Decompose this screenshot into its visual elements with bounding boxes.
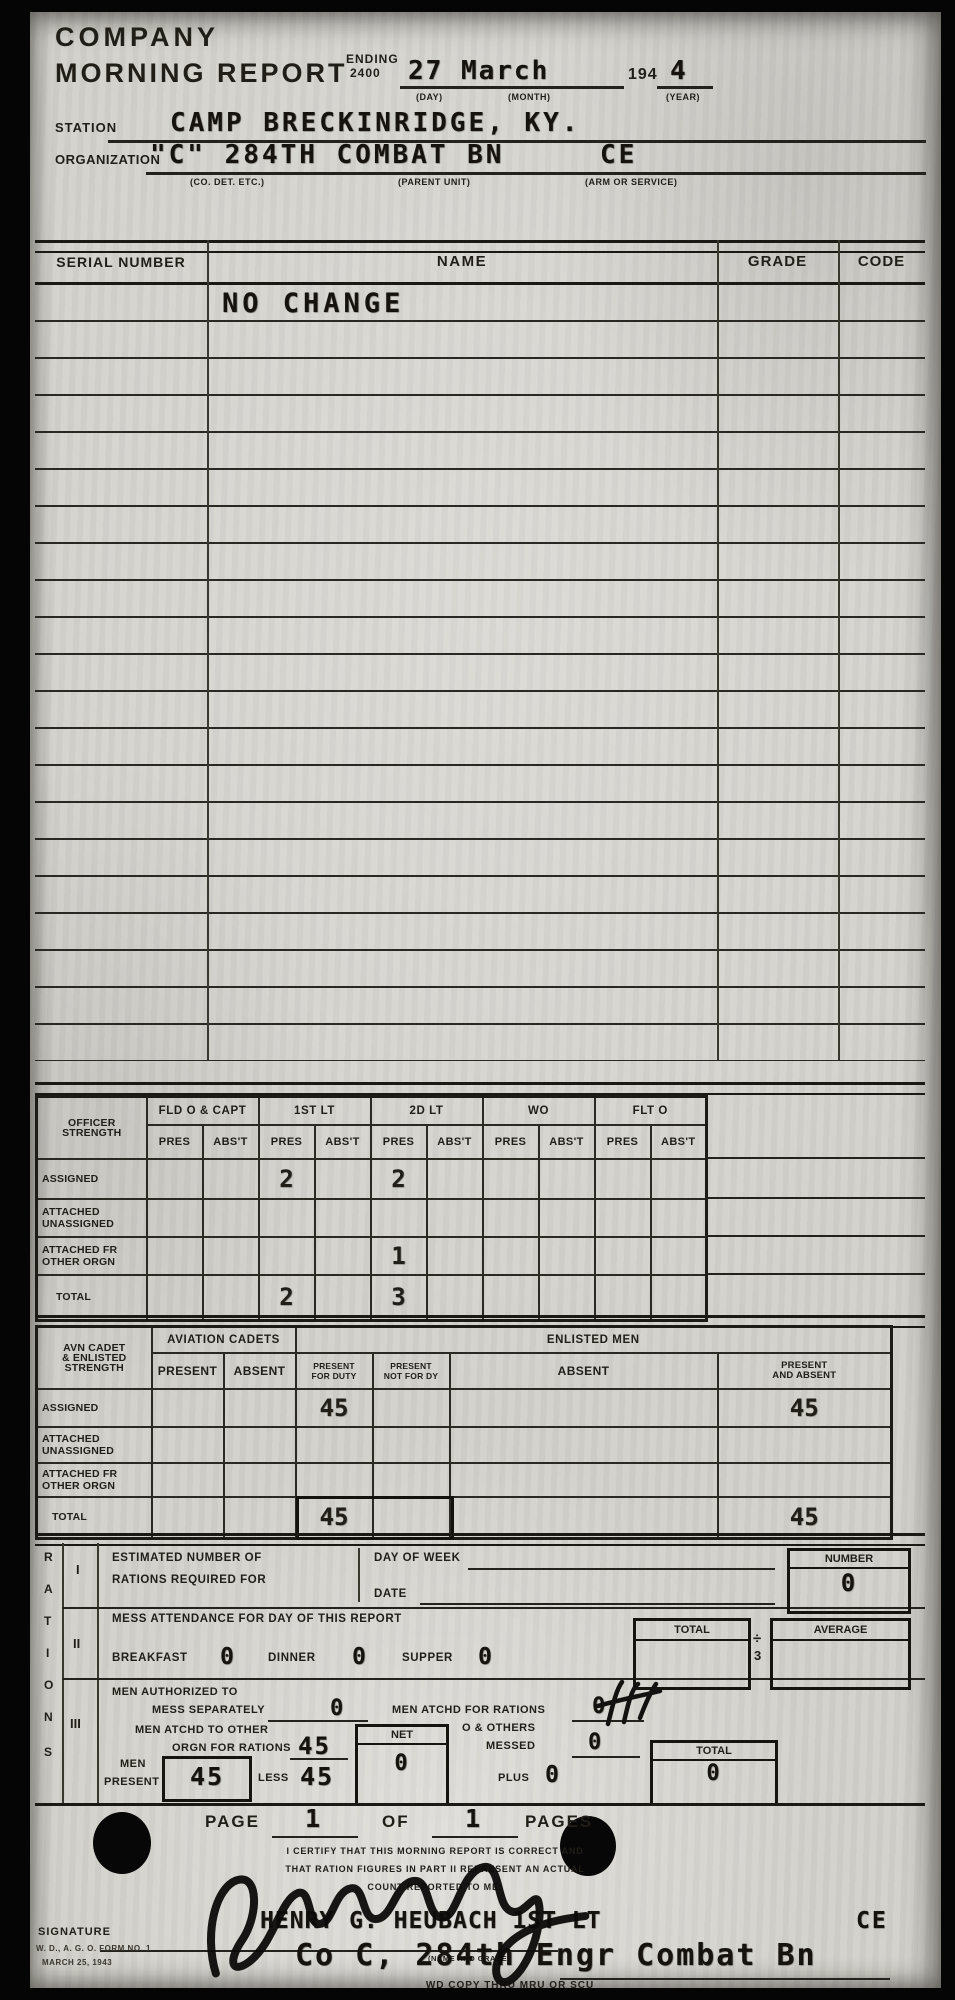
number-box: NUMBER 0 bbox=[787, 1548, 911, 1614]
roster-ruled-rows bbox=[35, 285, 925, 1061]
organization-underline bbox=[146, 172, 926, 175]
officer-label: OFFICER STRENGTH bbox=[37, 1097, 147, 1159]
rations-letter: N bbox=[44, 1710, 53, 1724]
officer-pres-header: PRES bbox=[595, 1125, 651, 1159]
section1-numeral: I bbox=[76, 1562, 80, 1577]
officer-row-label: TOTAL bbox=[37, 1275, 147, 1321]
present-not-line1: PRESENT bbox=[374, 1361, 449, 1371]
officer-ext-rule bbox=[705, 1197, 925, 1199]
year-label: (YEAR) bbox=[666, 92, 700, 102]
officer-pres-header: PRES bbox=[371, 1125, 427, 1159]
enlisted-row-label: ATTACHED FR OTHER ORGN bbox=[37, 1463, 152, 1497]
officer-cell bbox=[539, 1199, 595, 1237]
breakfast-value: 0 bbox=[220, 1644, 236, 1670]
men-present-line1: MEN bbox=[120, 1758, 146, 1770]
present-and-absent-header: PRESENT AND ABSENT bbox=[718, 1353, 892, 1389]
aviation-cadets-group-header: AVIATION CADETS bbox=[152, 1327, 296, 1353]
rations-total-label: TOTAL bbox=[653, 1743, 775, 1761]
officer-label-line2: STRENGTH bbox=[38, 1128, 146, 1138]
enlisted-cell bbox=[224, 1463, 296, 1497]
officer-row-attached-fr-other: ATTACHED FR OTHER ORGN 1 bbox=[37, 1237, 707, 1275]
officer-row-assigned: ASSIGNED 2 2 bbox=[37, 1159, 707, 1199]
enlisted-cell bbox=[373, 1463, 450, 1497]
officer-row-label: ATTACHED FR OTHER ORGN bbox=[37, 1237, 147, 1275]
roster-divider-code bbox=[838, 240, 840, 1060]
arm-service-value: CE bbox=[600, 140, 637, 170]
dinner-value: 0 bbox=[352, 1644, 368, 1670]
present-for-duty-line1: PRESENT bbox=[297, 1361, 372, 1371]
section3-numeral: III bbox=[70, 1716, 81, 1731]
page-value: 1 bbox=[305, 1804, 322, 1833]
pages-value: 1 bbox=[465, 1804, 482, 1833]
av-absent-header: ABSENT bbox=[224, 1353, 296, 1389]
officer-top-rule bbox=[35, 1082, 925, 1095]
officer-cell bbox=[147, 1159, 203, 1199]
o-and-others-line2: MESSED bbox=[486, 1740, 535, 1752]
month-label: (MONTH) bbox=[508, 92, 551, 102]
form-number: W. D., A. G. O. FORM NO. 1 bbox=[36, 1944, 151, 1953]
officer-cell bbox=[315, 1237, 371, 1275]
average-box: AVERAGE bbox=[770, 1618, 911, 1690]
men-present-value: 45 bbox=[165, 1759, 249, 1791]
officer-cell bbox=[315, 1275, 371, 1321]
rations-total-value: 0 bbox=[653, 1761, 775, 1786]
present-and-absent-line2: AND ABSENT bbox=[719, 1371, 891, 1381]
officer-cell: 2 bbox=[371, 1159, 427, 1199]
enlisted-cell: 45 bbox=[296, 1389, 373, 1427]
officer-cell bbox=[427, 1159, 483, 1199]
punch-hole-left bbox=[93, 1812, 151, 1874]
year-printed: 194 bbox=[628, 66, 658, 84]
day-of-week-underline bbox=[468, 1568, 775, 1570]
roster-col-serial: SERIAL NUMBER bbox=[35, 254, 207, 270]
of-label: OF bbox=[382, 1812, 410, 1832]
officer-abst-header: ABS'T bbox=[203, 1125, 259, 1159]
enlisted-strength-table: AVN CADET & ENLISTED STRENGTH AVIATION C… bbox=[35, 1325, 893, 1540]
officer-ext-rule bbox=[705, 1157, 925, 1159]
rations-i-divider bbox=[358, 1548, 360, 1602]
number-box-value: 0 bbox=[790, 1569, 908, 1597]
enlisted-cell bbox=[152, 1463, 224, 1497]
officer-abst-header: ABS'T bbox=[427, 1125, 483, 1159]
plus-label: PLUS bbox=[498, 1772, 529, 1784]
officer-cell: 2 bbox=[259, 1159, 315, 1199]
less-label: LESS bbox=[258, 1772, 289, 1784]
rations-letter-divider bbox=[62, 1543, 64, 1805]
officer-group-fldo-capt: FLD O & CAPT bbox=[147, 1097, 259, 1125]
o-and-others-value: 0 bbox=[588, 1730, 603, 1755]
mess-separately-underline bbox=[268, 1720, 368, 1722]
mess-separately-value: 0 bbox=[330, 1696, 345, 1721]
present-not-for-dy-header: PRESENT NOT FOR DY bbox=[373, 1353, 450, 1389]
arm-service-label: (ARM OR SERVICE) bbox=[585, 177, 677, 187]
officer-cell bbox=[651, 1199, 707, 1237]
roster-top-rule bbox=[35, 240, 925, 253]
enlisted-cell bbox=[450, 1389, 718, 1427]
handwritten-h-scrawl bbox=[592, 1676, 666, 1730]
av-present-header: PRESENT bbox=[152, 1353, 224, 1389]
enlisted-cell bbox=[224, 1427, 296, 1463]
present-and-absent-line1: PRESENT bbox=[719, 1361, 891, 1371]
officer-cell bbox=[427, 1237, 483, 1275]
roster-col-name: NAME bbox=[207, 253, 717, 270]
present-for-duty-header: PRESENT FOR DUTY bbox=[296, 1353, 373, 1389]
enlisted-cell bbox=[152, 1427, 224, 1463]
officer-pres-header: PRES bbox=[483, 1125, 539, 1159]
average-box-label: AVERAGE bbox=[773, 1621, 908, 1641]
officer-cell bbox=[483, 1237, 539, 1275]
officer-cell bbox=[483, 1199, 539, 1237]
present-not-line2: NOT FOR DY bbox=[374, 1371, 449, 1381]
officer-cell bbox=[595, 1237, 651, 1275]
enlisted-men-group-header: ENLISTED MEN bbox=[296, 1327, 892, 1353]
officer-cell bbox=[651, 1159, 707, 1199]
men-atchd-rations-label: MEN ATCHD FOR RATIONS bbox=[392, 1704, 545, 1716]
enlisted-cell bbox=[718, 1427, 892, 1463]
present-for-duty-line2: FOR DUTY bbox=[297, 1371, 372, 1381]
divide-number: 3 bbox=[754, 1648, 761, 1663]
plus-value: 0 bbox=[545, 1762, 561, 1788]
station-label: STATION bbox=[55, 120, 117, 135]
officer-cell bbox=[539, 1159, 595, 1199]
o-and-others-underline bbox=[572, 1756, 640, 1758]
net-box-value: 0 bbox=[358, 1745, 446, 1776]
day-label: (DAY) bbox=[416, 92, 443, 102]
officer-pres-header: PRES bbox=[259, 1125, 315, 1159]
net-box-label: NET bbox=[358, 1727, 446, 1745]
officer-abst-header: ABS'T bbox=[651, 1125, 707, 1159]
enlisted-absent-header: ABSENT bbox=[450, 1353, 718, 1389]
officer-cell bbox=[147, 1199, 203, 1237]
officer-cell bbox=[651, 1237, 707, 1275]
enlisted-label: AVN CADET & ENLISTED STRENGTH bbox=[37, 1327, 152, 1389]
officer-cell bbox=[595, 1199, 651, 1237]
o-and-others-line1: O & OTHERS bbox=[462, 1722, 535, 1734]
enlisted-cell bbox=[450, 1427, 718, 1463]
officer-group-flt-o: FLT O bbox=[595, 1097, 707, 1125]
ending-label: ENDING bbox=[346, 52, 399, 66]
rations-letter: O bbox=[44, 1678, 53, 1692]
officer-row-total: TOTAL 2 3 bbox=[37, 1275, 707, 1321]
form-date: MARCH 25, 1943 bbox=[42, 1958, 112, 1967]
men-present-box: 45 bbox=[162, 1756, 252, 1802]
officer-cell bbox=[427, 1275, 483, 1321]
rations-numeral-divider bbox=[97, 1543, 99, 1805]
rations-letter: A bbox=[44, 1582, 53, 1596]
enlisted-cell bbox=[296, 1463, 373, 1497]
parent-unit-label: (PARENT UNIT) bbox=[398, 177, 470, 187]
men-atchd-other-line1: MEN ATCHD TO OTHER bbox=[135, 1724, 268, 1736]
roster-col-code: CODE bbox=[838, 253, 925, 270]
officer-pres-header: PRES bbox=[147, 1125, 203, 1159]
officer-cell bbox=[147, 1237, 203, 1275]
men-atchd-other-value: 45 bbox=[298, 1732, 331, 1760]
enlisted-row-assigned: ASSIGNED 45 45 bbox=[37, 1389, 892, 1427]
men-atchd-other-line2: ORGN FOR RATIONS bbox=[172, 1742, 291, 1754]
officer-cell bbox=[203, 1199, 259, 1237]
men-atchd-other-underline bbox=[290, 1758, 348, 1760]
form-title-line2: MORNING REPORT bbox=[55, 58, 348, 89]
officer-abst-header: ABS'T bbox=[539, 1125, 595, 1159]
officer-cell bbox=[539, 1275, 595, 1321]
officer-cell: 1 bbox=[371, 1237, 427, 1275]
mess-total-label: TOTAL bbox=[636, 1621, 748, 1641]
signature-label: SIGNATURE bbox=[38, 1926, 111, 1938]
section2-numeral: II bbox=[73, 1636, 80, 1651]
rations-estimated-line2: RATIONS REQUIRED FOR bbox=[112, 1574, 266, 1586]
form-title-line1: COMPANY bbox=[55, 22, 219, 53]
men-authorized-line1: MEN AUTHORIZED TO bbox=[112, 1686, 238, 1698]
officer-abst-header: ABS'T bbox=[315, 1125, 371, 1159]
less-value: 45 bbox=[300, 1762, 334, 1791]
officer-cell: 2 bbox=[259, 1275, 315, 1321]
roster-col-grade: GRADE bbox=[717, 253, 838, 270]
officer-row-attached-unassigned: ATTACHED UNASSIGNED bbox=[37, 1199, 707, 1237]
day-of-week-label: DAY OF WEEK bbox=[374, 1552, 460, 1564]
officer-cell bbox=[427, 1199, 483, 1237]
date-value: 27 March bbox=[408, 56, 549, 86]
ending-time: 2400 bbox=[350, 66, 381, 80]
officer-cell bbox=[259, 1237, 315, 1275]
co-det-label: (CO. DET. ETC.) bbox=[190, 177, 265, 187]
handwritten-signature bbox=[191, 1826, 599, 2000]
officer-cell bbox=[315, 1159, 371, 1199]
officer-group-2d-lt: 2D LT bbox=[371, 1097, 483, 1125]
officer-cell bbox=[203, 1275, 259, 1321]
supper-label: SUPPER bbox=[402, 1652, 453, 1664]
scanned-morning-report: COMPANY MORNING REPORT ENDING 2400 27 Ma… bbox=[0, 0, 955, 2000]
date-row-underline bbox=[420, 1603, 775, 1605]
officer-cell bbox=[371, 1199, 427, 1237]
organization-label: ORGANIZATION bbox=[55, 152, 160, 167]
enlisted-cell bbox=[373, 1389, 450, 1427]
rations-letter: S bbox=[44, 1745, 52, 1759]
enlisted-cell: 45 bbox=[718, 1389, 892, 1427]
enlisted-cell bbox=[450, 1463, 718, 1497]
enlisted-cell bbox=[296, 1427, 373, 1463]
enlisted-cell bbox=[373, 1427, 450, 1463]
enlisted-row-attached-unassigned: ATTACHED UNASSIGNED bbox=[37, 1427, 892, 1463]
supper-value: 0 bbox=[478, 1644, 494, 1670]
number-box-label: NUMBER bbox=[790, 1551, 908, 1569]
enlisted-cell bbox=[152, 1389, 224, 1427]
roster-divider-grade bbox=[717, 240, 719, 1060]
officer-cell bbox=[595, 1275, 651, 1321]
officer-cell bbox=[203, 1237, 259, 1275]
enlisted-row-label: ASSIGNED bbox=[37, 1389, 152, 1427]
roster-divider-serial bbox=[207, 240, 209, 1060]
officer-cell bbox=[483, 1275, 539, 1321]
officer-cell bbox=[147, 1275, 203, 1321]
signed-arm: CE bbox=[856, 1908, 888, 1934]
date-underline bbox=[400, 86, 624, 89]
enlisted-bottom-rule bbox=[35, 1533, 925, 1546]
officer-cell bbox=[203, 1159, 259, 1199]
officer-group-wo: WO bbox=[483, 1097, 595, 1125]
officer-strength-table: OFFICER STRENGTH FLD O & CAPT 1ST LT 2D … bbox=[35, 1095, 708, 1322]
officer-ext-rule bbox=[705, 1235, 925, 1237]
dinner-label: DINNER bbox=[268, 1652, 316, 1664]
mess-attendance-heading: MESS ATTENDANCE FOR DAY OF THIS REPORT bbox=[112, 1613, 402, 1625]
officer-cell bbox=[259, 1199, 315, 1237]
year-typed: 4 bbox=[670, 56, 688, 86]
officer-cell bbox=[595, 1159, 651, 1199]
enlisted-cell bbox=[224, 1389, 296, 1427]
enlisted-cell bbox=[718, 1463, 892, 1497]
divide-sign: ÷ bbox=[753, 1630, 761, 1647]
officer-group-1st-lt: 1ST LT bbox=[259, 1097, 371, 1125]
breakfast-label: BREAKFAST bbox=[112, 1652, 188, 1664]
officer-cell bbox=[483, 1159, 539, 1199]
rations-letter: R bbox=[44, 1550, 53, 1564]
date-label: DATE bbox=[374, 1588, 407, 1600]
page-label: PAGE bbox=[205, 1812, 260, 1832]
officer-ext-rule bbox=[705, 1273, 925, 1275]
enlisted-row-label: ATTACHED UNASSIGNED bbox=[37, 1427, 152, 1463]
enlisted-label-line3: STRENGTH bbox=[38, 1363, 151, 1373]
rations-estimated-line1: ESTIMATED NUMBER OF bbox=[112, 1552, 262, 1564]
officer-cell bbox=[651, 1275, 707, 1321]
men-present-line2: PRESENT bbox=[104, 1776, 159, 1788]
men-authorized-line2: MESS SEPARATELY bbox=[152, 1704, 265, 1716]
rations-letter: T bbox=[44, 1614, 51, 1628]
rations-letter: I bbox=[46, 1646, 49, 1660]
enlisted-row-attached-fr-other: ATTACHED FR OTHER ORGN bbox=[37, 1463, 892, 1497]
organization-value: "C" 284TH COMBAT BN bbox=[150, 140, 504, 170]
year-underline bbox=[657, 86, 713, 89]
net-box: NET 0 bbox=[355, 1724, 449, 1806]
officer-cell bbox=[315, 1199, 371, 1237]
station-value: CAMP BRECKINRIDGE, KY. bbox=[170, 108, 580, 138]
officer-cell bbox=[539, 1237, 595, 1275]
rations-total-box: TOTAL 0 bbox=[650, 1740, 778, 1806]
officer-row-label: ATTACHED UNASSIGNED bbox=[37, 1199, 147, 1237]
officer-cell: 3 bbox=[371, 1275, 427, 1321]
officer-row-label: ASSIGNED bbox=[37, 1159, 147, 1199]
